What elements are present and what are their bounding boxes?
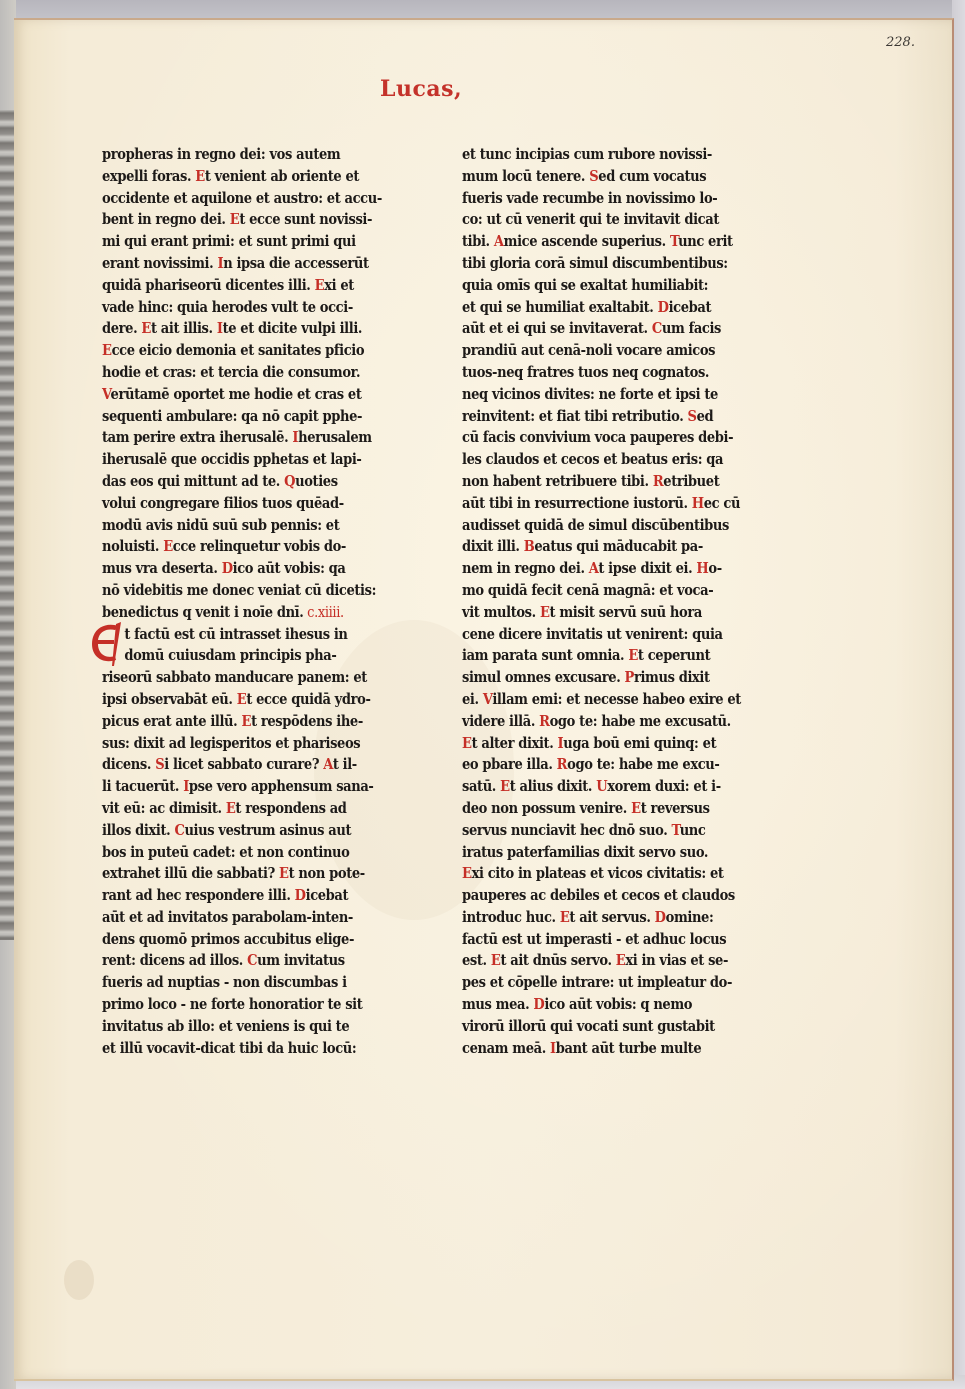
text-line: factū est ut imperasti - et adhuc locus: [462, 929, 720, 951]
text-line: mi qui erant primi: et sunt primi qui: [102, 231, 360, 253]
text-line: vade hinc: quia herodes vult te occi-: [102, 297, 360, 319]
text-line: occidente et aquilone et austro: et accu…: [102, 188, 360, 210]
paper-stain: [64, 1260, 94, 1300]
text-line: virorū illorū qui vocati sunt gustabit: [462, 1016, 720, 1038]
text-line: invitatus ab illo: et veniens is qui te: [102, 1016, 360, 1038]
text-line: li tacuerūt. Ipse vero apphensum sana-: [102, 776, 360, 798]
text-line: neq vicinos divites: ne forte et ipsi te: [462, 384, 720, 406]
text-line: sequenti ambulare: qa nō capit pphe-: [102, 406, 360, 428]
text-line: videre illā. Rogo te: habe me excusatū.: [462, 711, 720, 733]
text-column-left: propheras in regno dei: vos autemexpelli…: [102, 144, 402, 1059]
text-line: bent in regno dei. Et ecce sunt novissi-: [102, 209, 360, 231]
text-line: satū. Et alius dixit. Uxorem duxi: et i-: [462, 776, 720, 798]
manuscript-page: 228. Lucas, propheras in regno dei: vos …: [14, 18, 954, 1381]
text-line: mus vra deserta. Dico aūt vobis: qa: [102, 558, 360, 580]
text-line: tibi gloria corā simul discumbentibus:: [462, 253, 720, 275]
text-line: modū avis nidū suū sub pennis: et: [102, 515, 360, 537]
text-line: volui congregare filios tuos quēad-: [102, 493, 360, 515]
text-line: mus mea. Dico aūt vobis: q nemo: [462, 994, 720, 1016]
text-line: bos in puteū cadet: et non continuo: [102, 842, 360, 864]
text-line: illos dixit. Cuius vestrum asinus aut: [102, 820, 360, 842]
text-line: reinvitent: et fiat tibi retributio. Sed: [462, 406, 720, 428]
text-line: et illū vocavit-dicat tibi da huic locū:: [102, 1038, 360, 1060]
text-line: extrahet illū die sabbati? Et non pote-: [102, 863, 360, 885]
text-line: noluisti. Ecce relinquetur vobis do-: [102, 536, 360, 558]
text-line: dixit illi. Beatus qui māducabit pa-: [462, 536, 720, 558]
text-line: sus: dixit ad legisperitos et phariseos: [102, 733, 360, 755]
text-line: tam perire extra iherusalē. Iherusalem: [102, 427, 360, 449]
text-line: ipsi observabāt eū. Et ecce quidā ydro-: [102, 689, 360, 711]
text-line: introduc huc. Et ait servus. Domine:: [462, 907, 720, 929]
folio-number: 228.: [886, 35, 915, 50]
text-line: quidā phariseorū dicentes illi. Exi et: [102, 275, 360, 297]
text-line: cene dicere invitatis ut venirent: quia: [462, 624, 720, 646]
text-line: tibi. Amice ascende superius. Tunc erit: [462, 231, 720, 253]
text-line: rent: dicens ad illos. Cum invitatus: [102, 950, 360, 972]
text-line: simul omnes excusare. Primus dixit: [462, 667, 720, 689]
text-line: hodie et cras: et tercia die consumor.: [102, 362, 360, 384]
text-line: est. Et ait dnūs servo. Exi in vias et s…: [462, 950, 720, 972]
text-line: Et alter dixit. Iuga boū emi quinq: et: [462, 733, 720, 755]
text-line: Exi cito in plateas et vicos civitatis: …: [462, 863, 720, 885]
text-line: et tunc incipias cum rubore novissi-: [462, 144, 720, 166]
text-line: non habent retribuere tibi. Retribuet: [462, 471, 720, 493]
text-line: aūt et ad invitatos parabolam-inten-: [102, 907, 360, 929]
text-line: t factū est cū intrasset ihesus in: [102, 624, 360, 646]
text-line: iherusalē que occidis pphetas et lapi-: [102, 449, 360, 471]
text-line: vit multos. Et misit servū suū hora: [462, 602, 720, 624]
text-line: servus nunciavit hec dnō suo. Tunc: [462, 820, 720, 842]
text-line: riseorū sabbato manducare panem: et: [102, 667, 360, 689]
text-line: domū cuiusdam principis pha-: [102, 645, 360, 667]
text-line: prandiū aut cenā-noli vocare amicos: [462, 340, 720, 362]
text-line: dens quomō primos accubitus elige-: [102, 929, 360, 951]
text-line: rant ad hec respondere illi. Dicebat: [102, 885, 360, 907]
text-line: quia omīs qui se exaltat humiliabit:: [462, 275, 720, 297]
text-line: mo quidā fecit cenā magnā: et voca-: [462, 580, 720, 602]
text-line: Verūtamē oportet me hodie et cras et: [102, 384, 360, 406]
text-line: eo pbare illa. Rogo te: habe me excu-: [462, 754, 720, 776]
text-line: co: ut cū venerit qui te invitavit dicat: [462, 209, 720, 231]
text-line: dere. Et ait illis. Ite et dicite vulpi …: [102, 318, 360, 340]
chapter-marker: c.xiiii.: [303, 603, 343, 621]
text-line: aūt tibi in resurrectione iustorū. Hec c…: [462, 493, 720, 515]
text-line: les claudos et cecos et beatus eris: qa: [462, 449, 720, 471]
text-line: et qui se humiliat exaltabit. Dicebat: [462, 297, 720, 319]
text-line: benedictus q venit i noīe dnī. c.xiiii.: [102, 602, 360, 624]
text-line: propheras in regno dei: vos autem: [102, 144, 360, 166]
text-line: erant novissimi. In ipsa die accesserūt: [102, 253, 360, 275]
text-line: pauperes ac debiles et cecos et claudos: [462, 885, 720, 907]
text-line: nō videbitis me donec veniat cū dicetis:: [102, 580, 360, 602]
text-column-right: et tunc incipias cum rubore novissi-mum …: [462, 144, 762, 1059]
text-line: fueris ad nuptias - non discumbas i: [102, 972, 360, 994]
text-line: deo non possum venire. Et reversus: [462, 798, 720, 820]
text-line: mum locū tenere. Sed cum vocatus: [462, 166, 720, 188]
text-line: iam parata sunt omnia. Et ceperunt: [462, 645, 720, 667]
text-line: aūt et ei qui se invitaverat. Cum facis: [462, 318, 720, 340]
text-line: cenam meā. Ibant aūt turbe multe: [462, 1038, 720, 1060]
text-line: vit eū: ac dimisit. Et respondens ad: [102, 798, 360, 820]
text-line: picus erat ante illū. Et respōdens ihe-: [102, 711, 360, 733]
text-line: fueris vade recumbe in novissimo lo-: [462, 188, 720, 210]
scan-backdrop-top: [0, 0, 965, 20]
text-line: primo loco - ne forte honoratior te sit: [102, 994, 360, 1016]
running-head: Lucas,: [380, 76, 462, 102]
text-line: cū facis convivium voca pauperes debi-: [462, 427, 720, 449]
chapter-opening: t factū est cū intrasset ihesus indomū c…: [102, 624, 402, 1060]
text-line: das eos qui mittunt ad te. Quoties: [102, 471, 360, 493]
text-line: nem in regno dei. At ipse dixit ei. Ho-: [462, 558, 720, 580]
text-line: expelli foras. Et venient ab oriente et: [102, 166, 360, 188]
text-line: tuos-neq fratres tuos neq cognatos.: [462, 362, 720, 384]
text-line: iratus paterfamilias dixit servo suo.: [462, 842, 720, 864]
text-line: audisset quidā de simul discūbentibus: [462, 515, 720, 537]
text-line: Ecce eicio demonia et sanitates pficio: [102, 340, 360, 362]
text-line: dicens. Si licet sabbato curare? At il-: [102, 754, 360, 776]
text-line: pes et cōpelle intrare: ut impleatur do-: [462, 972, 720, 994]
text-line: ei. Villam emi: et necesse habeo exire e…: [462, 689, 720, 711]
